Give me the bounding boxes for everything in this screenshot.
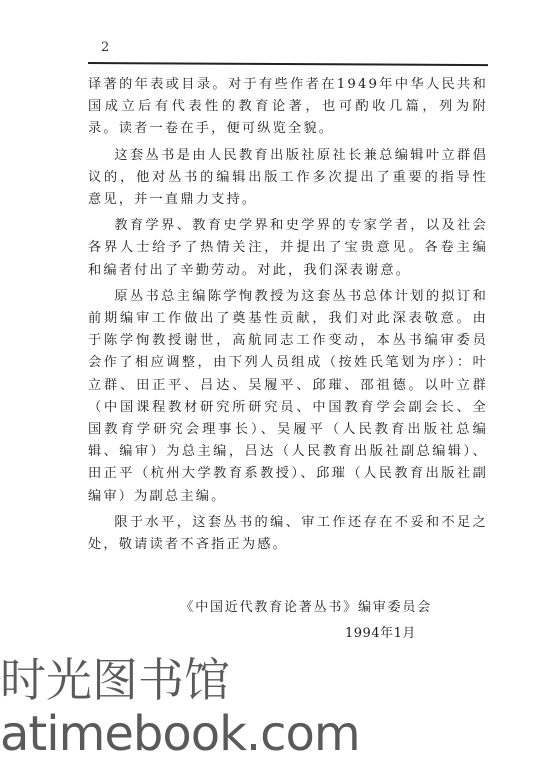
paragraph-3: 教育学界、教育史学界和史学界的专家学者，以及社会各界人士给予了热情关注，并提出了… bbox=[88, 215, 488, 282]
signature-committee: 《中国近代教育论著丛书》编审委员会 bbox=[170, 596, 432, 615]
watermark-name: 时光图书馆 bbox=[0, 654, 230, 706]
paragraph-5: 限于水平，这套丛书的编、审工作还存在不妥和不足之处，敬请读者不吝指正为感。 bbox=[88, 512, 488, 556]
body-text: 译著的年表或目录。对于有些作者在1949年中华人民共和国成立后有代表性的教育论著… bbox=[88, 74, 488, 560]
paragraph-1: 译著的年表或目录。对于有些作者在1949年中华人民共和国成立后有代表性的教育论著… bbox=[88, 74, 488, 141]
signature-date: 1994年1月 bbox=[345, 622, 416, 641]
watermark-url: atimebook.com bbox=[0, 706, 360, 762]
page-number: 2 bbox=[101, 40, 109, 55]
paragraph-4: 原丛书总主编陈学恂教授为这套丛书总体计划的拟订和前期编审工作做出了奠基性贡献，我… bbox=[88, 286, 488, 508]
header-rule bbox=[88, 62, 488, 66]
paragraph-2: 这套丛书是由人民教育出版社原社长兼总编辑叶立群倡议的，他对丛书的编辑出版工作多次… bbox=[88, 145, 488, 212]
